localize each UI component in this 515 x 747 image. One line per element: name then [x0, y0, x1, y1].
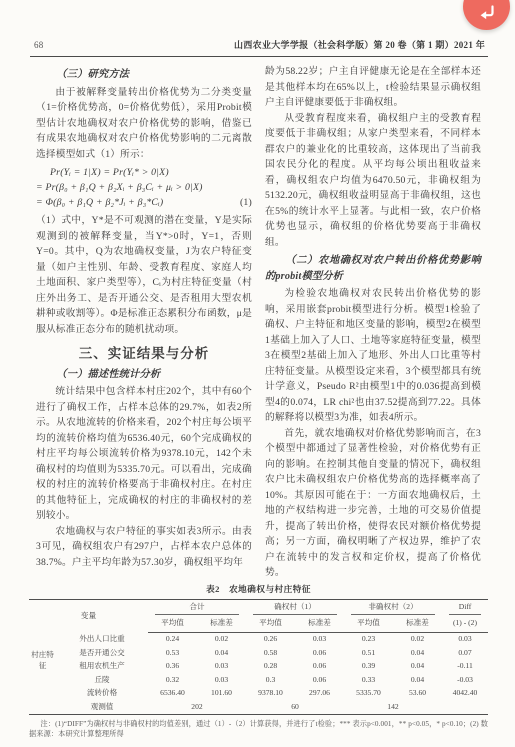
empty-cell	[442, 700, 488, 714]
table-cell: 101.60	[197, 687, 246, 701]
paragraph-model: 为检验农地确权对农民转出价格优势的影响，采用嵌套probit模型进行分析。模型1…	[265, 286, 481, 426]
table2-subhead-mean: 平均值	[148, 617, 197, 633]
table-cell: 60	[246, 700, 344, 714]
table-cell: 0.02	[393, 633, 442, 647]
empty-cell	[29, 687, 56, 701]
table-row: 流转价格 6536.40 101.60 9378.10 297.06 5335.…	[29, 687, 488, 701]
table-cell: 0.36	[148, 660, 197, 674]
header-rule	[30, 56, 488, 57]
table-cell: 0.06	[295, 673, 344, 687]
paragraph-statistics: 统计结果中包含样本村庄202个，其中有60个进行了确权工作，占样本总体的29.7…	[36, 384, 252, 524]
equation-number: (1)	[240, 195, 252, 210]
table-row: 是否开通公交 0.53 0.04 0.58 0.06 0.51 0.04 0.0…	[29, 646, 488, 660]
article-body: （三）研究方法 由于被解释变量转出价格优势为二分类变量（1=价格优势高，0=价格…	[36, 64, 482, 582]
paper-page: 68 山西农业大学学报（社会科学版）第 20 卷（第 1 期）2021 年 （三…	[0, 0, 515, 747]
table-cell: 0.24	[148, 633, 197, 647]
table-cell: 0.04	[393, 660, 442, 674]
row-label: 观测值	[56, 700, 148, 714]
table2-title: 表2 农地确权与村庄特征	[29, 583, 488, 595]
table-cell: -0.11	[442, 660, 488, 674]
section-heading-method: （三）研究方法	[36, 67, 252, 83]
row-label: 外出人口比重	[56, 633, 148, 647]
table-cell: 0.32	[148, 673, 197, 687]
page-header: 68 山西农业大学学报（社会科学版）第 20 卷（第 1 期）2021 年	[34, 38, 485, 51]
table-cell: 0.03	[295, 633, 344, 647]
left-column: （三）研究方法 由于被解释变量转出价格优势为二分类变量（1=价格优势高，0=价格…	[36, 64, 252, 582]
paragraph-formula-explain: （1）式中，Y*是不可观测的潜在变量，Y是实际观测到的被解释变量，当Y*>0时，…	[36, 213, 252, 337]
table-cell: 0.3	[246, 673, 295, 687]
table2-group-total: 合计	[148, 600, 246, 617]
table2-note: 注：(1)“DIFF”为确权村与非确权村的均值差别，通过（1）-（2）计算获得，…	[29, 719, 488, 740]
table2-group-uncertified: 非确权村（2）	[344, 600, 442, 617]
table2-rowgroup-label: 村庄特征	[29, 633, 56, 687]
table2-subhead-diff: (1) - (2)	[442, 617, 488, 633]
table2-group-certified: 确权村（1）	[246, 600, 344, 617]
row-label: 是否开通公交	[56, 646, 148, 660]
table-cell: 0.58	[246, 646, 295, 660]
table-cell: 0.23	[344, 633, 393, 647]
table2-subhead-sd: 标准差	[393, 617, 442, 633]
table2-group-diff: Diff	[442, 600, 488, 617]
table-cell: 0.04	[393, 646, 442, 660]
paragraph-household: 农地确权与农户特征的事实如表3所示。由表3可见，确权组农户有297户，占样本农户…	[36, 524, 252, 571]
table-cell: 9378.10	[246, 687, 295, 701]
table-cell: 297.06	[295, 687, 344, 701]
table2: 变量 合计 确权村（1） 非确权村（2） Diff 平均值 标准差 平均值 标准…	[29, 599, 488, 715]
row-label: 流转价格	[56, 687, 148, 701]
table-cell: 202	[148, 700, 246, 714]
table-cell: 0.06	[295, 646, 344, 660]
table-row-observations: 观测值 202 60 142	[29, 700, 488, 714]
subsection-heading-probit: （二）农地确权对农户转出价格优势影响的probit模型分析	[265, 253, 481, 284]
return-button[interactable]	[463, 0, 510, 30]
table-row: 丘陵 0.32 0.03 0.3 0.06 0.33 0.04 -0.03	[29, 673, 488, 687]
table2-subhead-mean: 平均值	[246, 617, 295, 633]
table-cell: 142	[344, 700, 442, 714]
section-heading-results: 三、实证结果与分析	[36, 346, 252, 362]
table-cell: 0.39	[344, 660, 393, 674]
table-cell: 0.03	[442, 633, 488, 647]
table-row: 村庄特征 外出人口比重 0.24 0.02 0.26 0.03 0.23 0.0…	[29, 633, 488, 647]
paragraph-method: 由于被解释变量转出价格优势为二分类变量（1=价格优势高，0=价格优势低），采用P…	[36, 85, 252, 163]
table2-variable-header: 变量	[29, 600, 148, 633]
table-cell: 0.53	[148, 646, 197, 660]
table-cell: 0.28	[246, 660, 295, 674]
paragraph-education: 从受教育程度来看，确权组户主的受教育程度要低于非确权组；从家户类型来看，不同样本…	[265, 111, 481, 251]
table-cell: 0.07	[442, 646, 488, 660]
table-cell: 0.04	[197, 646, 246, 660]
table2-subhead-mean: 平均值	[344, 617, 393, 633]
table-cell: 5335.70	[344, 687, 393, 701]
equation-line-2: = Pr(β₀ + β₁Q + β₂Xᵢ + β₃Cᵢ + μᵢ > 0|X)	[36, 180, 252, 195]
return-arrow-icon	[477, 3, 497, 23]
subsection-heading-descriptive: （一）描述性统计分析	[36, 367, 252, 383]
table-cell: 53.60	[393, 687, 442, 701]
table-cell: 0.06	[295, 660, 344, 674]
table2-subhead-sd: 标准差	[295, 617, 344, 633]
table-row: 租用农机生产 0.36 0.03 0.28 0.06 0.39 0.04 -0.…	[29, 660, 488, 674]
journal-title: 山西农业大学学报（社会科学版）第 20 卷（第 1 期）2021 年	[234, 38, 485, 51]
table2-section: 表2 农地确权与村庄特征 变量 合计 确权村（1） 非确权村（2） Diff 平…	[29, 583, 488, 740]
page-number: 68	[34, 40, 44, 50]
table-cell: 0.03	[197, 660, 246, 674]
table-cell: 0.33	[344, 673, 393, 687]
paragraph-continuation: 龄为58.22岁；户主自评健康无论是在全部样本还是其他样本均在65%以上，t检验…	[265, 64, 481, 111]
table-cell: 6536.40	[148, 687, 197, 701]
equation-line-1: Pr(Yᵢ = 1|X) = Pr(Yᵢ* > 0|X)	[36, 165, 252, 180]
paragraph-first-finding: 首先，就农地确权对价格优势影响而言，在3个模型中都通过了显著性检验，对价格优势有…	[265, 426, 481, 581]
table-cell: 0.03	[197, 673, 246, 687]
table2-subhead-sd: 标准差	[197, 617, 246, 633]
table-cell: -0.03	[442, 673, 488, 687]
table-cell: 0.02	[197, 633, 246, 647]
table-cell: 0.04	[393, 673, 442, 687]
row-label: 丘陵	[56, 673, 148, 687]
table-cell: 4042.40	[442, 687, 488, 701]
equation-line-3: = Φ(β₀ + β₁Q + β₂*Jᵢ + β₃*Cᵢ)	[36, 195, 163, 210]
row-label: 租用农机生产	[56, 660, 148, 674]
table-cell: 0.26	[246, 633, 295, 647]
right-column: 龄为58.22岁；户主自评健康无论是在全部样本还是其他样本均在65%以上，t检验…	[265, 64, 481, 582]
equation-1: Pr(Yᵢ = 1|X) = Pr(Yᵢ* > 0|X) = Pr(β₀ + β…	[36, 165, 252, 210]
table-cell: 0.51	[344, 646, 393, 660]
empty-cell	[29, 700, 56, 714]
